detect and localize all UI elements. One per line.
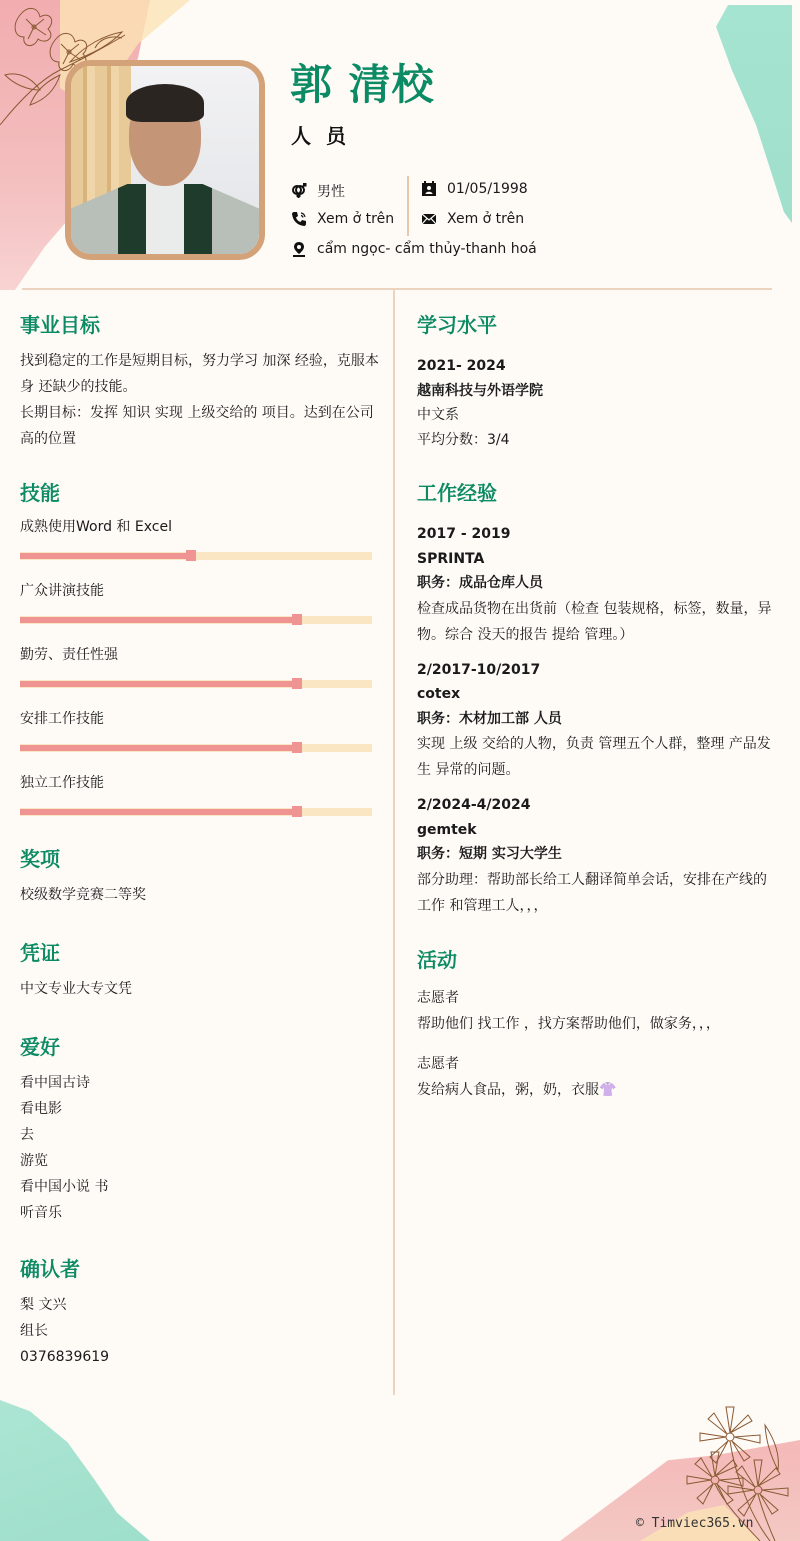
major: 中文系 (417, 403, 779, 428)
job-period: 2/2024-4/2024 (417, 793, 779, 818)
skill-fill (20, 745, 297, 751)
skills-section: 技能 成熟使用Word 和 Excel 广众讲演技能 勤劳、责任性强 (20, 478, 380, 816)
hobbies-section: 爱好 看中国古诗 看电影 去 游览 看中国小说 书 听音乐 (20, 1032, 380, 1226)
section-title: 学习水平 (417, 310, 779, 340)
calendar-contact-icon (421, 181, 437, 197)
skill-knob (186, 550, 196, 561)
reference-phone[interactable]: 0376839619 (20, 1344, 380, 1370)
reference-position: 组长 (20, 1318, 380, 1344)
watermark: © Timviec365.vn (636, 1516, 753, 1531)
address-value: cẩm ngọc- cẩm thủy-thanh hoá (317, 241, 537, 257)
job-company: SPRINTA (417, 547, 779, 572)
job-company: gemtek (417, 818, 779, 843)
skill-fill (20, 553, 191, 559)
skill-item: 独立工作技能 (20, 772, 380, 816)
section-title: 奖项 (20, 844, 380, 874)
job-title: 人 员 (291, 120, 350, 149)
right-column: 学习水平 2021- 2024 越南科技与外语学院 中文系 平均分数：3/4 工… (417, 310, 779, 1129)
job-item: 2/2017-10/2017 cotex 职务：木材加工部 人员 实现 上级 交… (417, 658, 779, 784)
gender-value: 男性 (317, 181, 345, 201)
education-section: 学习水平 2021- 2024 越南科技与外语学院 中文系 平均分数：3/4 (417, 310, 779, 452)
job-item: 2/2024-4/2024 gemtek 职务：短期 实习大学生 部分助理：帮助… (417, 793, 779, 919)
skill-label: 安排工作技能 (20, 708, 380, 730)
job-position: 职务：木材加工部 人员 (417, 707, 779, 732)
skill-item: 成熟使用Word 和 Excel (20, 516, 380, 560)
section-title: 爱好 (20, 1032, 380, 1062)
profile-photo (71, 66, 259, 254)
section-title: 活动 (417, 945, 779, 975)
phone-value[interactable]: Xem ở trên (317, 211, 394, 227)
skill-item: 勤劳、责任性强 (20, 644, 380, 688)
skill-item: 安排工作技能 (20, 708, 380, 752)
activity-item: 志愿者 帮助他们 找工作 ，找方案帮助他们，做家务，，， (417, 985, 779, 1037)
award-item: 校级数学竞赛二等奖 (20, 882, 380, 908)
section-title: 凭证 (20, 938, 380, 968)
skill-bar (20, 680, 372, 688)
job-description: 部分助理：帮助部长给工人翻译简单会话，安排在产线的工作 和管理工人，，， (417, 867, 779, 919)
header-divider (22, 288, 772, 290)
section-title: 确认者 (20, 1254, 380, 1284)
skill-fill (20, 809, 297, 815)
envelope-icon (421, 211, 437, 227)
phone-icon (291, 211, 307, 227)
activity-description: 帮助他们 找工作 ，找方案帮助他们，做家务，，， (417, 1011, 779, 1037)
skill-bar (20, 552, 372, 560)
email-value[interactable]: Xem ở trên (447, 211, 524, 227)
section-title: 事业目标 (20, 310, 380, 340)
hobby-item: 游览 (20, 1148, 380, 1174)
hobby-item: 去 (20, 1122, 380, 1148)
skill-knob (292, 678, 302, 689)
experience-section: 工作经验 2017 - 2019 SPRINTA 职务：成品仓库人员 检查成品货… (417, 478, 779, 919)
activities-section: 活动 志愿者 帮助他们 找工作 ，找方案帮助他们，做家务，，， 志愿者 发给病人… (417, 945, 779, 1103)
job-company: cotex (417, 682, 779, 707)
phone-row: Xem ở trên (291, 211, 394, 227)
job-period: 2/2017-10/2017 (417, 658, 779, 683)
column-divider (393, 289, 395, 1395)
skill-bar (20, 616, 372, 624)
job-position: 职务：短期 实习大学生 (417, 842, 779, 867)
school-name: 越南科技与外语学院 (417, 379, 779, 404)
job-position: 职务：成品仓库人员 (417, 571, 779, 596)
left-column: 事业目标 找到稳定的工作是短期目标，努力学习 加深 经验，克服本身 还缺少的技能… (20, 310, 380, 1396)
education-item: 2021- 2024 越南科技与外语学院 中文系 平均分数：3/4 (417, 354, 779, 452)
skill-knob (292, 742, 302, 753)
skill-bar (20, 744, 372, 752)
awards-section: 奖项 校级数学竞赛二等奖 (20, 844, 380, 908)
watercolor-bottom-left-teal (0, 1400, 150, 1541)
birthday-value: 01/05/1998 (447, 181, 528, 197)
job-description: 检查成品货物在出货前（检查 包装规格，标签，数量，异物。综合 没天的报告 提给 … (417, 596, 779, 648)
hobby-item: 看电影 (20, 1096, 380, 1122)
skill-knob (292, 806, 302, 817)
education-period: 2021- 2024 (417, 354, 779, 379)
hobby-item: 听音乐 (20, 1200, 380, 1226)
watercolor-top-right-teal (712, 5, 792, 223)
skill-item: 广众讲演技能 (20, 580, 380, 624)
references-section: 确认者 梨 文兴 组长 0376839619 (20, 1254, 380, 1370)
skill-label: 勤劳、责任性强 (20, 644, 380, 666)
activity-description: 发给病人食品，粥，奶，衣服👚 (417, 1077, 779, 1103)
hobby-item: 看中国古诗 (20, 1070, 380, 1096)
certificate-item: 中文专业大专文凭 (20, 976, 380, 1002)
address-row: cẩm ngọc- cẩm thủy-thanh hoá (291, 241, 537, 257)
contact-divider (407, 176, 409, 236)
section-title: 工作经验 (417, 478, 779, 508)
skill-label: 成熟使用Word 和 Excel (20, 516, 380, 538)
reference-name: 梨 文兴 (20, 1292, 380, 1318)
section-title: 技能 (20, 478, 380, 508)
objective-section: 事业目标 找到稳定的工作是短期目标，努力学习 加深 经验，克服本身 还缺少的技能… (20, 310, 380, 452)
activity-role: 志愿者 (417, 985, 779, 1011)
skill-fill (20, 617, 297, 623)
certificates-section: 凭证 中文专业大专文凭 (20, 938, 380, 1002)
job-period: 2017 - 2019 (417, 522, 779, 547)
activity-item: 志愿者 发给病人食品，粥，奶，衣服👚 (417, 1051, 779, 1103)
gpa: 平均分数：3/4 (417, 428, 779, 453)
skill-knob (292, 614, 302, 625)
hobby-item: 看中国小说 书 (20, 1174, 380, 1200)
skill-fill (20, 681, 297, 687)
skill-label: 广众讲演技能 (20, 580, 380, 602)
cv-page: 郭 清校 人 员 男性 Xem ở trên cẩm ngọc- cẩm thủ… (0, 0, 800, 1541)
objective-text: 找到稳定的工作是短期目标，努力学习 加深 经验，克服本身 还缺少的技能。 (20, 348, 380, 400)
objective-text: 长期目标：发挥 知识 实现 上级交给的 项目。达到在公司高的位置 (20, 400, 380, 452)
activity-role: 志愿者 (417, 1051, 779, 1077)
gender-row: 男性 (291, 181, 345, 201)
avatar (65, 60, 265, 260)
gender-icon (291, 183, 307, 199)
candidate-name: 郭 清校 (290, 52, 435, 112)
skill-label: 独立工作技能 (20, 772, 380, 794)
map-marker-icon (291, 241, 307, 257)
job-description: 实现 上级 交给的人物，负责 管理五个人群，整理 产品发生 异常的问题。 (417, 731, 779, 783)
job-item: 2017 - 2019 SPRINTA 职务：成品仓库人员 检查成品货物在出货前… (417, 522, 779, 648)
email-row: Xem ở trên (421, 211, 524, 227)
skill-bar (20, 808, 372, 816)
birthday-row: 01/05/1998 (421, 181, 528, 197)
